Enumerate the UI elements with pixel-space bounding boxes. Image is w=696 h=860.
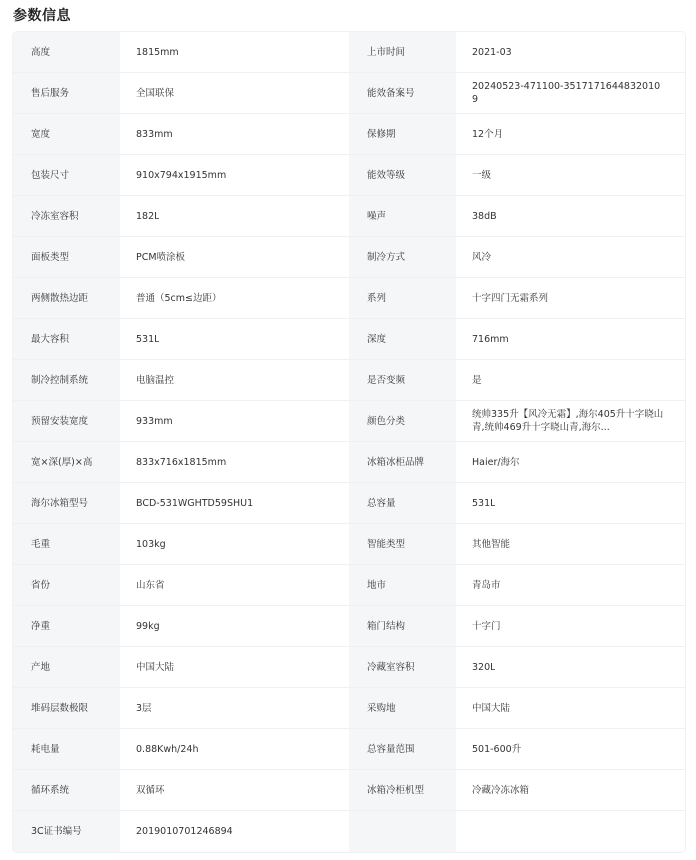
section-title: 参数信息: [13, 5, 71, 25]
spec-label: 3C证书编号: [31, 825, 82, 838]
spec-value-cell: 833mm: [120, 114, 349, 155]
spec-value-cell: 20240523-471100-35171716448320109: [456, 73, 685, 114]
spec-label: 冷藏室容积: [367, 661, 415, 674]
spec-value-cell: [456, 811, 685, 852]
spec-value-cell: PCM喷涂板: [120, 237, 349, 278]
spec-label: 是否变频: [367, 374, 405, 387]
spec-label-cell: 冷藏室容积: [349, 647, 456, 688]
spec-value: 531L: [472, 497, 495, 510]
spec-value: 320L: [472, 661, 495, 674]
spec-value: 山东省: [136, 579, 165, 592]
spec-label-cell: 采购地: [349, 688, 456, 729]
spec-label: 地市: [367, 579, 386, 592]
spec-value: 青岛市: [472, 579, 501, 592]
spec-label: 两侧散热边距: [31, 292, 88, 305]
spec-table: 高度1815mm上市时间2021-03售后服务全国联保能效备案号20240523…: [13, 32, 685, 852]
spec-value: 833x716x1815mm: [136, 456, 226, 469]
spec-value-cell: 双循环: [120, 770, 349, 811]
spec-value-cell: 531L: [456, 483, 685, 524]
spec-value-cell: 十字门: [456, 606, 685, 647]
spec-label: 预留安装宽度: [31, 415, 88, 428]
spec-value: BCD-531WGHTD59SHU1: [136, 497, 253, 510]
spec-label-cell: 箱门结构: [349, 606, 456, 647]
spec-label: 冰箱冷柜机型: [367, 784, 424, 797]
spec-label-cell: 产地: [13, 647, 120, 688]
spec-value: 双循环: [136, 784, 165, 797]
spec-label-cell: 保修期: [349, 114, 456, 155]
spec-value: 910x794x1915mm: [136, 169, 226, 182]
spec-value: 0.88Kwh/24h: [136, 743, 198, 756]
spec-label: 智能类型: [367, 538, 405, 551]
spec-value-cell: BCD-531WGHTD59SHU1: [120, 483, 349, 524]
spec-label: 产地: [31, 661, 50, 674]
spec-value: 风冷: [472, 251, 491, 264]
spec-value-cell: 2019010701246894: [120, 811, 349, 852]
spec-value-cell: 501-600升: [456, 729, 685, 770]
spec-label-cell: 堆码层数极限: [13, 688, 120, 729]
spec-label: 最大容积: [31, 333, 69, 346]
spec-value-cell: 12个月: [456, 114, 685, 155]
spec-value: 电脑温控: [136, 374, 174, 387]
spec-label-cell: 售后服务: [13, 73, 120, 114]
spec-value: Haier/海尔: [472, 456, 520, 469]
spec-value-cell: 山东省: [120, 565, 349, 606]
spec-value: 2019010701246894: [136, 825, 233, 838]
spec-label-cell: 高度: [13, 32, 120, 73]
spec-value: 一级: [472, 169, 491, 182]
spec-label-cell: 冷冻室容积: [13, 196, 120, 237]
spec-value: 20240523-471100-35171716448320109: [472, 80, 665, 106]
spec-value: 38dB: [472, 210, 497, 223]
spec-value: 12个月: [472, 128, 503, 141]
spec-value: 182L: [136, 210, 159, 223]
spec-label-cell: 上市时间: [349, 32, 456, 73]
spec-label-cell: 地市: [349, 565, 456, 606]
spec-label-cell: 两侧散热边距: [13, 278, 120, 319]
spec-label: 堆码层数极限: [31, 702, 88, 715]
spec-value-cell: Haier/海尔: [456, 442, 685, 483]
spec-value-cell: 182L: [120, 196, 349, 237]
spec-label-cell: 能效等级: [349, 155, 456, 196]
spec-value-cell: 38dB: [456, 196, 685, 237]
spec-value: 全国联保: [136, 87, 174, 100]
spec-label: 系列: [367, 292, 386, 305]
spec-label-cell: 循环系统: [13, 770, 120, 811]
spec-value-cell: 冷藏冷冻冰箱: [456, 770, 685, 811]
spec-label: 海尔冰箱型号: [31, 497, 88, 510]
spec-value: 普通（5cm≤边距）: [136, 292, 221, 305]
spec-label: 包装尺寸: [31, 169, 69, 182]
spec-value: 冷藏冷冻冰箱: [472, 784, 529, 797]
spec-label-cell: 噪声: [349, 196, 456, 237]
spec-value-cell: 是: [456, 360, 685, 401]
spec-value: 99kg: [136, 620, 160, 633]
spec-value-cell: 910x794x1915mm: [120, 155, 349, 196]
spec-value: 是: [472, 374, 482, 387]
spec-label: 净重: [31, 620, 50, 633]
spec-label: 总容量: [367, 497, 396, 510]
spec-value: 531L: [136, 333, 159, 346]
spec-value: 1815mm: [136, 46, 179, 59]
spec-label-cell: 毛重: [13, 524, 120, 565]
spec-label: 耗电量: [31, 743, 60, 756]
spec-value-cell: 其他智能: [456, 524, 685, 565]
spec-value: 统帅335升【风冷无霜】,海尔405升十字晓山青,统帅469升十字晓山青,海尔.…: [472, 408, 665, 434]
spec-label-cell: 海尔冰箱型号: [13, 483, 120, 524]
spec-label: 制冷方式: [367, 251, 405, 264]
spec-value-cell: 716mm: [456, 319, 685, 360]
spec-label: 箱门结构: [367, 620, 405, 633]
spec-label: 毛重: [31, 538, 50, 551]
spec-label-cell: 宽度: [13, 114, 120, 155]
spec-value-cell: 中国大陆: [456, 688, 685, 729]
spec-value-cell: 电脑温控: [120, 360, 349, 401]
spec-label: 面板类型: [31, 251, 69, 264]
spec-label: 噪声: [367, 210, 386, 223]
spec-label-cell: 包装尺寸: [13, 155, 120, 196]
spec-value-cell: 531L: [120, 319, 349, 360]
spec-label-cell: 冰箱冰柜品牌: [349, 442, 456, 483]
spec-value-cell: 933mm: [120, 401, 349, 442]
spec-label: 能效备案号: [367, 87, 415, 100]
spec-value: 103kg: [136, 538, 166, 551]
spec-value-cell: 833x716x1815mm: [120, 442, 349, 483]
spec-value: 716mm: [472, 333, 509, 346]
spec-value: 中国大陆: [136, 661, 174, 674]
spec-label-cell: 制冷控制系统: [13, 360, 120, 401]
spec-value-cell: 十字四门无霜系列: [456, 278, 685, 319]
spec-label: 保修期: [367, 128, 396, 141]
spec-value-cell: 3层: [120, 688, 349, 729]
spec-value-cell: 中国大陆: [120, 647, 349, 688]
spec-value: 3层: [136, 702, 152, 715]
spec-value-cell: 99kg: [120, 606, 349, 647]
spec-label: 高度: [31, 46, 50, 59]
spec-label: 颜色分类: [367, 415, 405, 428]
spec-label-cell: 制冷方式: [349, 237, 456, 278]
spec-label: 深度: [367, 333, 386, 346]
spec-value-cell: 统帅335升【风冷无霜】,海尔405升十字晓山青,统帅469升十字晓山青,海尔.…: [456, 401, 685, 442]
spec-label: 省份: [31, 579, 50, 592]
spec-value-cell: 0.88Kwh/24h: [120, 729, 349, 770]
spec-value-cell: 一级: [456, 155, 685, 196]
spec-label-cell: 颜色分类: [349, 401, 456, 442]
spec-label: 循环系统: [31, 784, 69, 797]
spec-value-cell: 全国联保: [120, 73, 349, 114]
spec-value: 2021-03: [472, 46, 512, 59]
spec-value-cell: 1815mm: [120, 32, 349, 73]
spec-value-cell: 103kg: [120, 524, 349, 565]
spec-value-cell: 普通（5cm≤边距）: [120, 278, 349, 319]
spec-label-cell: 总容量范围: [349, 729, 456, 770]
spec-value-cell: 青岛市: [456, 565, 685, 606]
spec-value: 933mm: [136, 415, 173, 428]
spec-label-cell: 总容量: [349, 483, 456, 524]
spec-value: 833mm: [136, 128, 173, 141]
spec-label: 宽度: [31, 128, 50, 141]
spec-label-cell: 最大容积: [13, 319, 120, 360]
spec-label-cell: 智能类型: [349, 524, 456, 565]
spec-value: 501-600升: [472, 743, 521, 756]
spec-label-cell: 是否变频: [349, 360, 456, 401]
spec-label-cell: 省份: [13, 565, 120, 606]
spec-label-cell: 能效备案号: [349, 73, 456, 114]
spec-label-cell: 冰箱冷柜机型: [349, 770, 456, 811]
spec-value: 其他智能: [472, 538, 510, 551]
spec-label-cell: 宽×深(厚)×高: [13, 442, 120, 483]
spec-label-cell: 深度: [349, 319, 456, 360]
spec-label: 上市时间: [367, 46, 405, 59]
spec-value: 十字四门无霜系列: [472, 292, 548, 305]
spec-label: 总容量范围: [367, 743, 415, 756]
spec-label-cell: 面板类型: [13, 237, 120, 278]
spec-value: 中国大陆: [472, 702, 510, 715]
spec-label: 宽×深(厚)×高: [31, 456, 92, 469]
spec-value: 十字门: [472, 620, 501, 633]
spec-label: 采购地: [367, 702, 396, 715]
spec-label-cell: 预留安装宽度: [13, 401, 120, 442]
spec-label-cell: 耗电量: [13, 729, 120, 770]
spec-value-cell: 2021-03: [456, 32, 685, 73]
spec-value: PCM喷涂板: [136, 251, 185, 264]
spec-value-cell: 320L: [456, 647, 685, 688]
spec-label: 售后服务: [31, 87, 69, 100]
spec-label-cell: 3C证书编号: [13, 811, 120, 852]
spec-label-cell: [349, 811, 456, 852]
spec-value-cell: 风冷: [456, 237, 685, 278]
spec-label: 冷冻室容积: [31, 210, 79, 223]
spec-label: 能效等级: [367, 169, 405, 182]
spec-label: 冰箱冰柜品牌: [367, 456, 424, 469]
spec-label-cell: 系列: [349, 278, 456, 319]
spec-label: 制冷控制系统: [31, 374, 88, 387]
spec-label-cell: 净重: [13, 606, 120, 647]
